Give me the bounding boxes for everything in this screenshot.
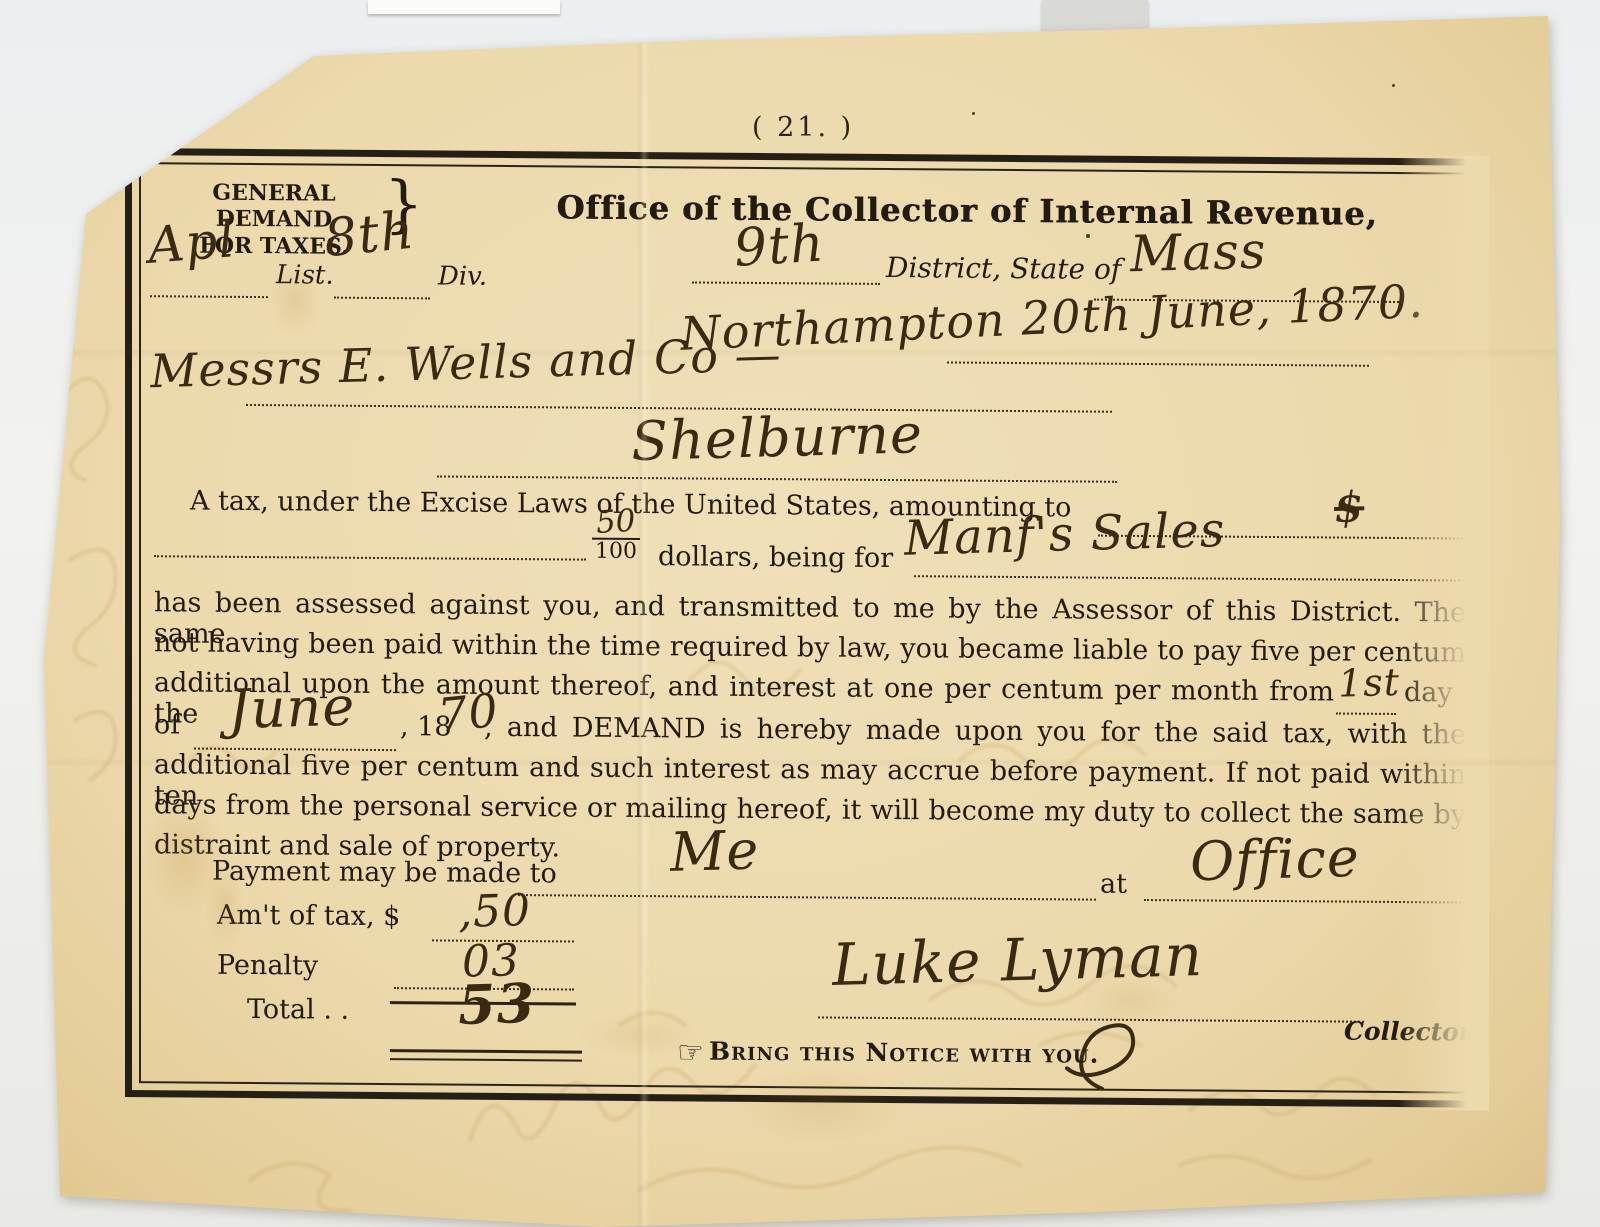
list-label: List. bbox=[276, 260, 334, 290]
amount-of-tax-label: Am't of tax, $ bbox=[217, 900, 400, 932]
paper-shadow-wrap: ( 21. ) bbox=[0, 0, 1600, 1227]
scanned-document-scene: ( 21. ) bbox=[0, 0, 1600, 1227]
penalty-label: Penalty bbox=[217, 950, 318, 982]
district-label: District, State of bbox=[886, 251, 1121, 286]
div-value-handwritten: 8th bbox=[321, 201, 417, 269]
bring-notice-text: Bring this Notice with you. bbox=[709, 1037, 1099, 1069]
collector-signature-handwritten: Luke Lyman bbox=[831, 921, 1204, 999]
page-number: ( 21. ) bbox=[752, 112, 854, 143]
district-number-handwritten: 9th bbox=[732, 213, 826, 278]
dust-speck bbox=[972, 112, 975, 115]
bring-notice-row: ☞ Bring this Notice with you. bbox=[677, 1035, 1099, 1073]
pointing-hand-icon: ☞ bbox=[677, 1035, 704, 1070]
payment-label: Payment may be made to bbox=[212, 856, 557, 890]
div-label: Div. bbox=[438, 261, 487, 291]
payee-handwritten: Me bbox=[669, 818, 760, 883]
cents-denominator: 100 bbox=[592, 538, 640, 563]
dust-speck bbox=[1392, 84, 1395, 87]
payment-at-label: at bbox=[1100, 869, 1127, 900]
cents-fraction: 50 100 bbox=[592, 507, 640, 563]
cents-numerator-handwritten: 50 bbox=[595, 506, 637, 539]
total-label: Total . . bbox=[247, 994, 349, 1026]
state-value-handwritten: Mass bbox=[1129, 222, 1267, 284]
total-amount-handwritten: 53 bbox=[457, 971, 536, 1037]
day-number-handwritten: 1st bbox=[1337, 660, 1400, 706]
amount-dollars-mark-handwritten: $ bbox=[1333, 482, 1365, 532]
being-for-text: dollars, being for bbox=[658, 541, 893, 574]
assessment-kind-handwritten: Manf's Sales bbox=[903, 502, 1226, 567]
list-value-handwritten: Apl bbox=[146, 210, 238, 275]
frame-right-fade bbox=[1399, 155, 1489, 1111]
tax-demand-form-paper: ( 21. ) bbox=[0, 0, 1600, 1227]
payment-place-handwritten: Office bbox=[1189, 826, 1361, 894]
tax-amount-handwritten: ,50 bbox=[457, 885, 532, 938]
office-title: Office of the Collector of Internal Reve… bbox=[512, 188, 1422, 233]
month-handwritten: June bbox=[227, 675, 356, 741]
red-ink-dot bbox=[1588, 250, 1595, 261]
paragraph-line-4-of: of bbox=[154, 709, 180, 740]
printed-border-frame: GENERAL DEMAND FOR TAXES. } Apl List. 8t… bbox=[125, 148, 1487, 1108]
total-double-rule bbox=[390, 1049, 582, 1062]
